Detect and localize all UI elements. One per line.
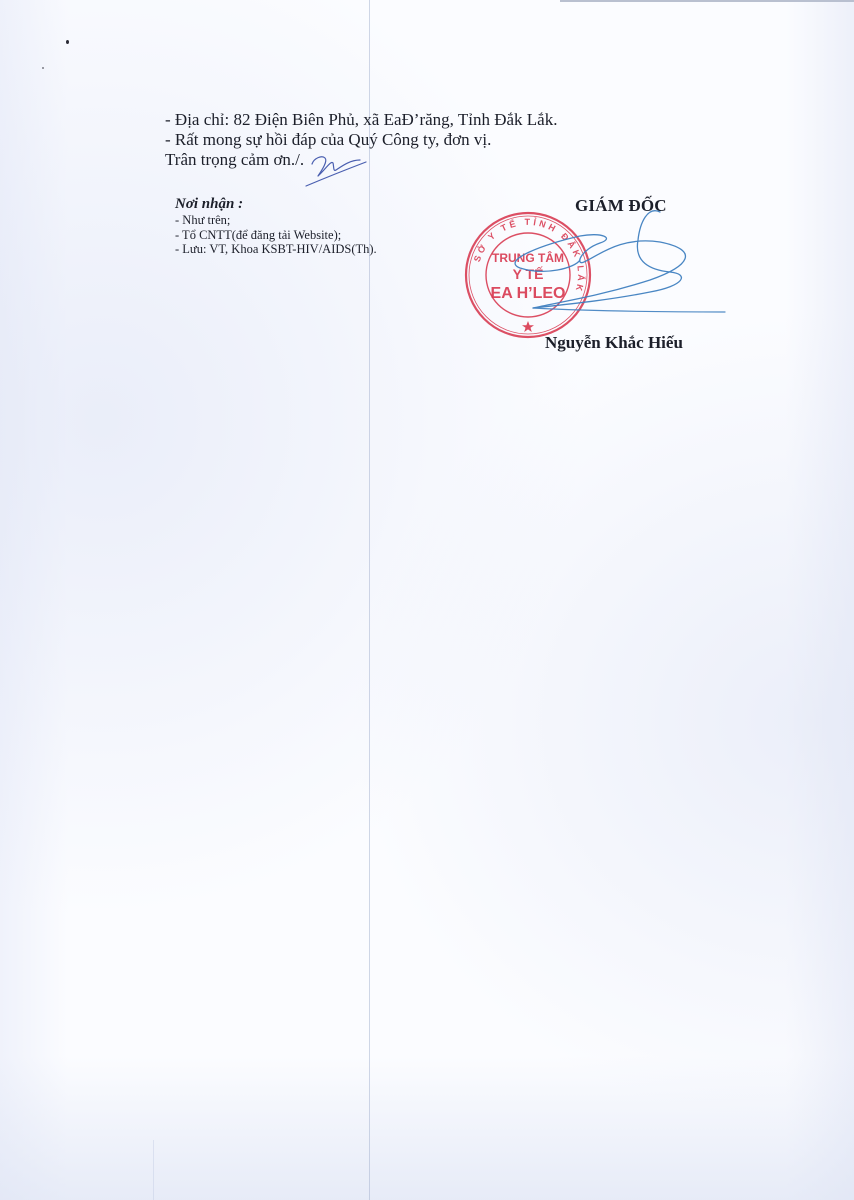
recipient-item: - Tổ CNTT(để đăng tải Website); xyxy=(175,228,377,243)
stamp-center-line-2: Y TẾ xyxy=(513,266,544,282)
recipient-item: - Lưu: VT, Khoa KSBT-HIV/AIDS(Th). xyxy=(175,242,377,257)
scan-background-shading xyxy=(0,0,854,1200)
scan-dust-speck xyxy=(66,40,69,44)
official-stamp: SỞ Y TẾ TỈNH ĐẮK LẮK TRUNG TÂM Y TẾ EA H… xyxy=(463,210,593,340)
request-line: - Rất mong sự hồi đáp của Quý Công ty, đ… xyxy=(165,130,557,150)
handwritten-signature xyxy=(0,0,854,1200)
scan-dust-speck xyxy=(42,67,44,69)
letter-body: - Địa chỉ: 82 Điện Biên Phủ, xã EaĐ’răng… xyxy=(165,110,557,170)
stamp-star-icon xyxy=(522,321,534,332)
recipient-item: - Như trên; xyxy=(175,213,377,228)
stamp-center-line-3: EA H’LEO xyxy=(491,285,566,302)
paper-fold-line-faint xyxy=(153,1140,154,1200)
recipients-block: Nơi nhận : - Như trên; - Tổ CNTT(để đăng… xyxy=(175,196,377,257)
scan-top-edge xyxy=(560,0,854,2)
recipients-heading: Nơi nhận : xyxy=(175,196,377,213)
paper-fold-line xyxy=(369,0,370,1200)
closing-line: Trân trọng cảm ơn./. xyxy=(165,150,557,170)
stamp-center-line-1: TRUNG TÂM xyxy=(492,250,564,265)
address-line: - Địa chỉ: 82 Điện Biên Phủ, xã EaĐ’răng… xyxy=(165,110,557,130)
